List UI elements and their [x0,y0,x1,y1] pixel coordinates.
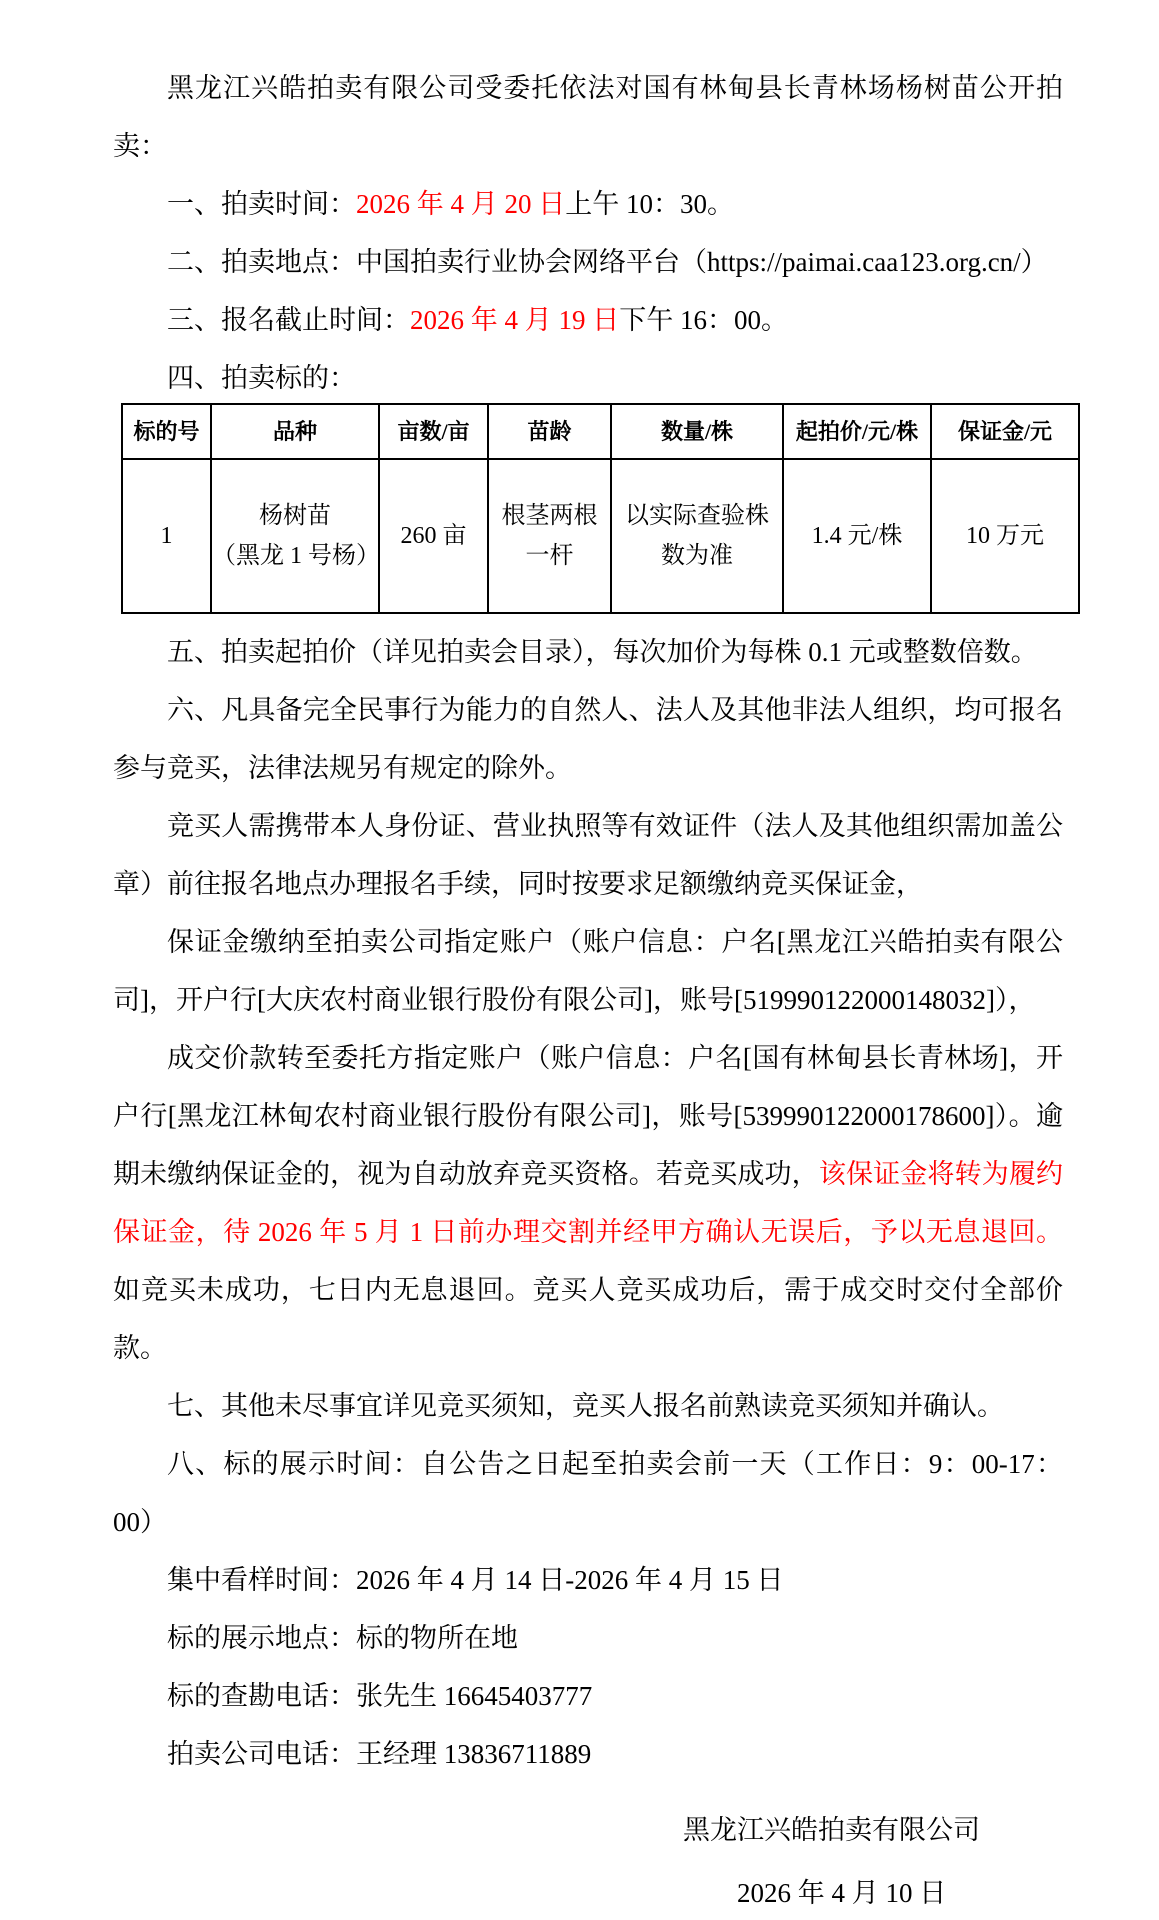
display-location-paragraph: 标的展示地点：标的物所在地 [113,1609,1063,1667]
cell-variety: 杨树苗 （黑龙 1 号杨） [211,459,379,613]
survey-phone-paragraph: 标的查勘电话：张先生 16645403777 [113,1667,1063,1725]
signature-date: 2026 年 4 月 10 日 [113,1864,1063,1920]
table-header-start-price: 起拍价/元/株 [783,404,931,459]
auction-lot-table: 标的号 品种 亩数/亩 苗龄 数量/株 起拍价/元/株 保证金/元 1 杨树苗 … [121,403,1080,614]
auction-time-label: 一、拍卖时间： [167,189,356,219]
cell-deposit: 10 万元 [931,459,1079,613]
registration-deadline-paragraph: 三、报名截止时间：2026 年 4 月 19 日下午 16：00。 [113,291,1063,349]
table-row: 1 杨树苗 （黑龙 1 号杨） 260 亩 根茎两根 一杆 以实际查验株 数为准… [122,459,1079,613]
table-header-row: 标的号 品种 亩数/亩 苗龄 数量/株 起拍价/元/株 保证金/元 [122,404,1079,459]
eligibility-paragraph: 六、凡具备完全民事行为能力的自然人、法人及其他非法人组织，均可报名参与竞买，法律… [113,681,1063,797]
signature-company: 黑龙江兴皓拍卖有限公司 [113,1801,1063,1859]
deposit-account-paragraph: 保证金缴纳至拍卖公司指定账户（账户信息：户名[黑龙江兴皓拍卖有限公司]，开户行[… [113,913,1063,1029]
cell-seedling-age: 根茎两根 一杆 [488,459,611,613]
registration-deadline-label: 三、报名截止时间： [167,305,410,335]
table-header-variety: 品种 [211,404,379,459]
bid-increment-paragraph: 五、拍卖起拍价（详见拍卖会目录），每次加价为每株 0.1 元或整数倍数。 [113,623,1063,681]
table-header-deposit: 保证金/元 [931,404,1079,459]
cell-quantity: 以实际查验株 数为准 [611,459,783,613]
registration-deadline-suffix: 下午 16：00。 [619,305,788,335]
display-time-paragraph: 八、标的展示时间：自公告之日起至拍卖会前一天（工作日：9：00-17：00） [113,1435,1063,1551]
auction-time-date: 2026 年 4 月 20 日 [356,189,565,219]
table-header-area: 亩数/亩 [379,404,488,459]
auction-platform-paragraph: 二、拍卖地点：中国拍卖行业协会网络平台（https://paimai.caa12… [113,233,1063,291]
cell-lot-number: 1 [122,459,211,613]
auction-time-paragraph: 一、拍卖时间：2026 年 4 月 20 日上午 10：30。 [113,175,1063,233]
table-header-quantity: 数量/株 [611,404,783,459]
auction-time-suffix: 上午 10：30。 [565,189,734,219]
company-phone-paragraph: 拍卖公司电话：王经理 13836711889 [113,1725,1063,1783]
payment-terms-suffix: 如竞买未成功，七日内无息退回。竞买人竞买成功后，需于成交时交付全部价款。 [113,1275,1063,1363]
other-matters-paragraph: 七、其他未尽事宜详见竞买须知，竞买人报名前熟读竞买须知并确认。 [113,1377,1063,1435]
viewing-time-paragraph: 集中看样时间：2026 年 4 月 14 日-2026 年 4 月 15 日 [113,1551,1063,1609]
intro-paragraph: 黑龙江兴皓拍卖有限公司受委托依法对国有林甸县长青林场杨树苗公开拍卖： [113,59,1063,175]
auction-target-heading: 四、拍卖标的： [113,349,1063,407]
registration-deadline-date: 2026 年 4 月 19 日 [410,305,619,335]
document-page: 黑龙江兴皓拍卖有限公司受委托依法对国有林甸县长青林场杨树苗公开拍卖： 一、拍卖时… [0,0,1159,1920]
cell-area: 260 亩 [379,459,488,613]
registration-requirements-paragraph: 竞买人需携带本人身份证、营业执照等有效证件（法人及其他组织需加盖公章）前往报名地… [113,797,1063,913]
payment-terms-paragraph: 成交价款转至委托方指定账户（账户信息：户名[国有林甸县长青林场]，开户行[黑龙江… [113,1029,1063,1377]
table-header-seedling-age: 苗龄 [488,404,611,459]
cell-start-price: 1.4 元/株 [783,459,931,613]
table-header-lot-number: 标的号 [122,404,211,459]
